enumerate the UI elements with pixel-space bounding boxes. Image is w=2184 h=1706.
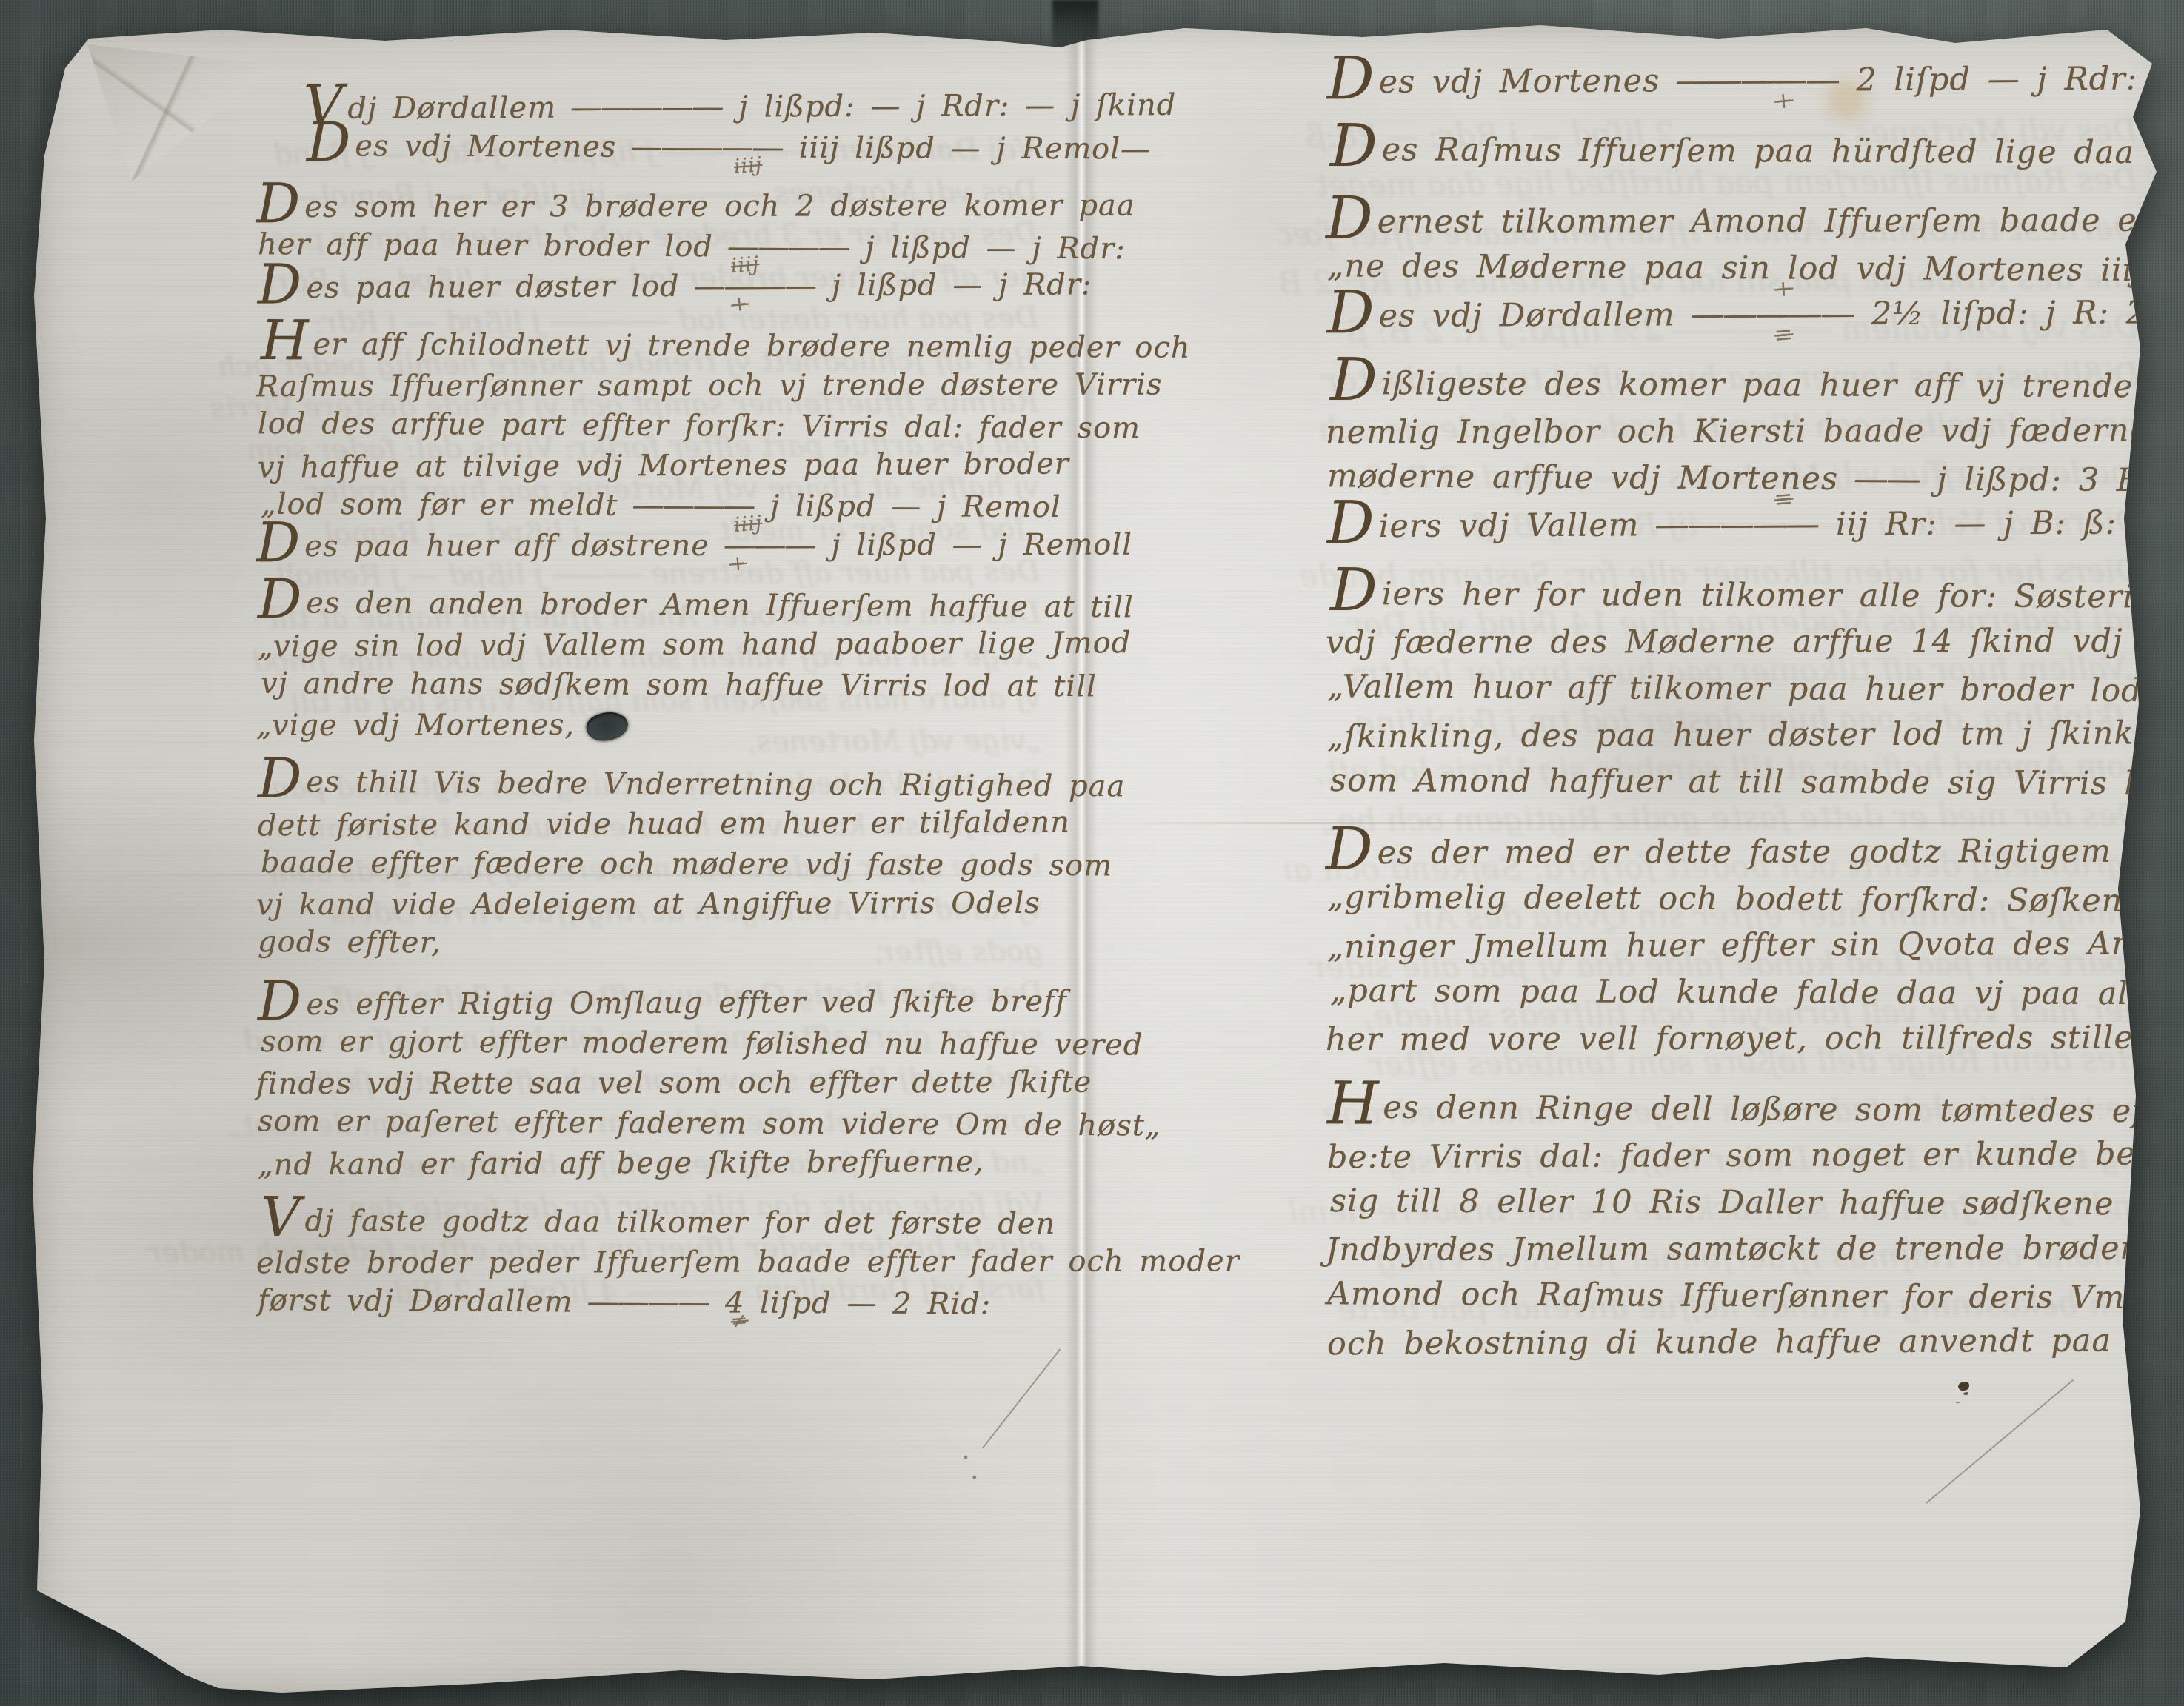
flourish-initial: D [307,111,352,175]
right-page-text: Des vdj Mortenes ――――― 2 liſpd — j Rdr: … [1302,36,2117,1366]
manuscript-line: først vdj Dørdallem ―――― 4 liſpd — 2 Rid… [233,1280,1092,1325]
manuscript-line: „vige sin lod vdj Vallem som hand paaboe… [233,623,1092,666]
manuscript-line: Her aff ſchilodnett vj trende brødere ne… [236,324,1095,367]
flourish-initial: D [1326,814,1374,883]
manuscript-line: „ne des Møderne paa sin lod vdj Mortenes… [1302,243,2117,294]
manuscript-line: sig till 8 eller 10 Ris Daller haffue sø… [1305,1178,2120,1228]
manuscript-line: baade effter fædere och mødere vdj faste… [236,843,1095,886]
struck-correction: ≡ [1772,310,1795,358]
scan-background: Vdj Dørdallem ――――― j lißpd: — j Rdr: — … [0,0,2184,1706]
manuscript-line: som Amond haffuer at till sambde sig Vir… [1305,757,2120,807]
struck-correction: + [727,543,749,585]
flourish-initial: D [1330,345,1378,414]
flourish-initial: D [258,747,303,811]
flourish-initial: D [258,253,303,317]
pen-scratch-mark [982,1348,1061,1448]
ink-blot [1958,1382,1969,1391]
flourish-initial: D [1327,488,1375,557]
manuscript-line: her med vore vell fornøyet, och tillfred… [1300,1015,2115,1063]
paper-hole [584,708,632,746]
manuscript-line: eldste broder peder Iffuerſem baade efft… [231,1242,1090,1283]
manuscript-line: møderne arffue vdj Mortenes ―― j lißpd: … [1302,453,2117,504]
struck-correction: ≠ [729,1301,749,1342]
flourish-initial: H [261,309,310,372]
flourish-initial: D [1330,555,1378,624]
flourish-initial: D [1327,278,1375,347]
manuscript-line: Des vdj Mortenes ――――― iiij lißpd — j Re… [236,126,1095,169]
struck-correction: + [729,284,750,326]
flourish-initial: D [1327,44,1375,113]
manuscript-line: Raſmus Iffuerſønner sampt och vj trende … [231,365,1090,407]
manuscript-line: Diers vdj Vallem ――――― iij Rr: — j B: ß: [1302,501,2117,551]
manuscript-line: vj haffue at tilvige vdj Mortenes paa hu… [233,444,1092,487]
manuscript-line: nemlig Ingelbor och Kiersti baade vdj fæ… [1300,408,2115,456]
manuscript-line: Des paa huer aff døstrene ――― j lißpd — … [231,525,1090,566]
manuscript-line: dett føriste kand vide huad em huer er t… [233,802,1092,846]
manuscript-line: gods effter, [233,922,1092,966]
manuscript-line: Des vdj Mortenes ――――― 2 liſpd — j Rdr: … [1302,56,2117,107]
manuscript-line: vj andre hans sødſkem som haffue Virris … [236,663,1095,706]
manuscript-line: Vdj faste godtz daa tilkomer for det før… [236,1201,1095,1244]
manuscript-line: som er gjort effter moderem følished nu … [236,1022,1095,1065]
manuscript-line: „part som paa Lod kunde falde daa vj paa… [1305,968,2120,1017]
struck-correction: + [1772,76,1795,124]
manuscript-line: som er paſeret effter faderem som videre… [233,1101,1092,1145]
manuscript-line: lod des arffue part effter forſkr: Virri… [233,404,1092,448]
manuscript-line: „ſkinkling, des paa huer døster lod tm j… [1302,711,2117,761]
manuscript-line: Des effter Rigtig Omſlaug effter ved ſki… [233,981,1092,1025]
manuscript-line: Des som her er 3 brødere och 2 døstere k… [231,186,1090,227]
flourish-initial: D [258,568,303,632]
manuscript-line: Amond och Raſmus Iffuerſønner for deris … [1302,1271,2117,1322]
manuscript-line: „Vallem huor aff tilkomer paa huer brode… [1302,663,2117,715]
manuscript-sheet-wrap: Vdj Dørdallem ――――― j lißpd: — j Rdr: — … [31,21,2177,1696]
manuscript-line: Des paa huer døster lod ―――― j lißpd — j… [233,264,1092,308]
manuscript-line: Des Raſmus Iffuerſem paa hürdſted lige d… [1305,127,2120,176]
manuscript-line: „vige vdj Mortenes, [231,704,1090,746]
manuscript-line: Hes denn Ringe dell løßøre som tømtedes … [1302,1084,2117,1135]
manuscript-line: Jndbyrdes Jmellum samtøckt de trende brø… [1300,1225,2115,1274]
manuscript-line: vj kand vide Adeleigem at Angiffue Virri… [231,883,1090,925]
manuscript-line: her aff paa huer broder lod ―――― j lißpd… [233,224,1092,269]
manuscript-line: Des der med er dette faste godtz Rigtige… [1300,829,2115,877]
manuscript-line: be:te Virris dal: fader som noget er kun… [1302,1131,2117,1182]
flourish-initial: H [1327,1068,1380,1137]
flourish-initial: D [1326,184,1374,252]
manuscript-line: Des den anden broder Amen Iffuerſem haff… [233,583,1092,627]
pen-scratch-mark [1926,1379,2074,1505]
manuscript-line: och bekostning di kunde haffue anvendt p… [1302,1318,2117,1368]
manuscript-line: vdj fæderne des Møderne arffue 14 ſkind … [1300,618,2115,666]
manuscript-line: „nd kand er farid aff bege ſkifte breffu… [233,1141,1092,1185]
manuscript-line: Vdj Dørdallem ――――― j lißpd: — j Rdr: — … [233,85,1092,129]
manuscript-line: findes vdj Rette saa vel som och effter … [231,1063,1090,1104]
manuscript-line: Des vdj Dørdallem ――――― 2½ liſpd: j R: 2… [1302,290,2117,341]
manuscript-line: Des thill Vis bedre Vnderretning och Rig… [233,762,1092,806]
manuscript-line: „gribmelig deelett och bodett forſkrd: S… [1302,874,2117,925]
manuscript-line: Diers her for uden tilkomer alle for: Sø… [1305,571,2120,620]
struck-correction: iiij [732,145,764,187]
flourish-initial: D [1330,111,1378,180]
manuscript-line: „lod som før er meldt ―――― j lißpd — j R… [236,484,1095,527]
manuscript-line: Dißligeste des komer paa huer aff vj tre… [1305,361,2120,410]
flourish-initial: D [256,511,301,575]
manuscript-line: „ninger Jmellum huer effter sin Qvota de… [1302,921,2117,971]
manuscript-sheet: Vdj Dørdallem ――――― j lißpd: — j Rdr: — … [31,21,2177,1696]
manuscript-line: Dernest tilkommer Amond Iffuerſem baade … [1300,198,2115,246]
flourish-initial: V [261,1185,301,1249]
left-page-text: Vdj Dørdallem ――――― j lißpd: — j Rdr: — … [233,68,1092,1322]
